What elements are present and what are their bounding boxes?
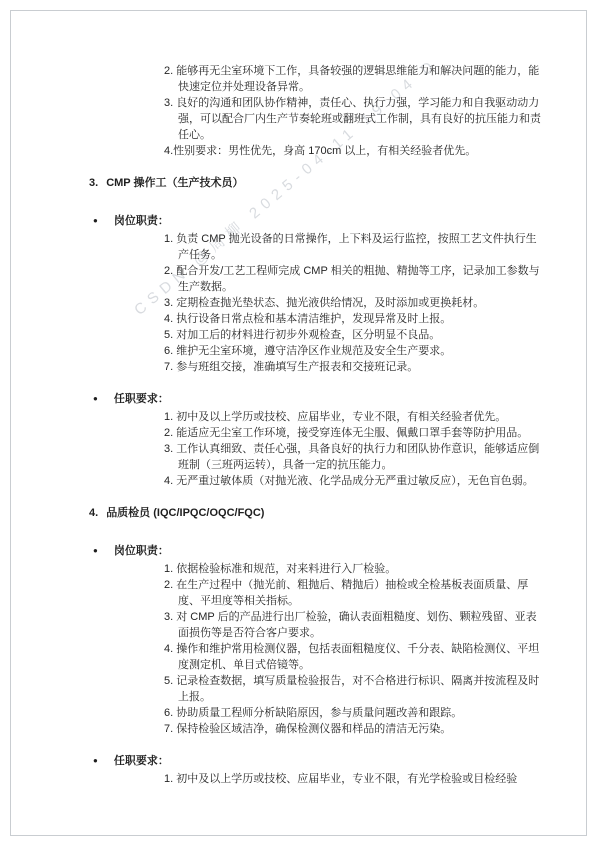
list-item: 2. 能够再无尘室环境下工作，具备较强的逻辑思维能力和解决问题的能力，能快速定位… <box>164 63 546 95</box>
bullet-label: 任职要求： <box>114 393 169 405</box>
section-heading-number: 4. <box>89 507 98 519</box>
bullet-label: 岗位职责： <box>114 545 169 557</box>
list-item: 1. 初中及以上学历或技校、应届毕业，专业不限，有光学检验或目检经验 <box>164 771 546 787</box>
bullet-label-row: ●岗位职责： <box>93 543 546 559</box>
numbered-list: 1. 初中及以上学历或技校、应届毕业，专业不限，有光学检验或目检经验 <box>164 771 546 787</box>
list-item: 6. 维护无尘室环境，遵守洁净区作业规范及安全生产要求。 <box>164 343 546 359</box>
list-item: 4. 无严重过敏体质（对抛光液、化学品成分无严重过敏反应），无色盲色弱。 <box>164 473 546 489</box>
numbered-list: 1. 负责 CMP 抛光设备的日常操作，上下料及运行监控，按照工艺文件执行生产任… <box>164 231 546 375</box>
list-item: 4. 执行设备日常点检和基本清洁维护，发现异常及时上报。 <box>164 311 546 327</box>
document-page: CSDN @周柳 2025-04-11 19:04 D 2. 能够再无尘室环境下… <box>10 10 587 836</box>
list-item: 2. 配合开发/工艺工程师完成 CMP 相关的粗抛、精抛等工序，记录加工参数与生… <box>164 263 546 295</box>
list-item: 1. 负责 CMP 抛光设备的日常操作，上下料及运行监控，按照工艺文件执行生产任… <box>164 231 546 263</box>
document-body: 2. 能够再无尘室环境下工作，具备较强的逻辑思维能力和解决问题的能力，能快速定位… <box>11 11 586 787</box>
list-item: 3. 良好的沟通和团队协作精神，责任心、执行力强，学习能力和自我驱动动力强，可以… <box>164 95 546 143</box>
bullet-label-row: ●任职要求： <box>93 753 546 769</box>
list-item: 1. 初中及以上学历或技校、应届毕业，专业不限，有相关经验者优先。 <box>164 409 546 425</box>
numbered-list: 2. 能够再无尘室环境下工作，具备较强的逻辑思维能力和解决问题的能力，能快速定位… <box>164 63 546 159</box>
list-item: 4.性别要求：男性优先，身高 170cm 以上，有相关经验者优先。 <box>164 143 546 159</box>
section-heading: 3.CMP 操作工（生产技术员） <box>89 175 546 191</box>
bullet-label-row: ●任职要求： <box>93 391 546 407</box>
list-item: 2. 能适应无尘室工作环境，接受穿连体无尘服、佩戴口罩手套等防护用品。 <box>164 425 546 441</box>
list-item: 2. 在生产过程中（抛光前、粗抛后、精抛后）抽检或全检基板表面质量、厚度、平坦度… <box>164 577 546 609</box>
list-item: 6. 协助质量工程师分析缺陷原因，参与质量问题改善和跟踪。 <box>164 705 546 721</box>
section-heading-text: 品质检员 (IQC/IPQC/OQC/FQC) <box>106 507 264 519</box>
bullet-icon: ● <box>93 753 98 769</box>
bullet-icon: ● <box>93 543 98 559</box>
bullet-label: 任职要求： <box>114 755 169 767</box>
list-item: 4. 操作和维护常用检测仪器，包括表面粗糙度仪、千分表、缺陷检测仪、平坦度测定机… <box>164 641 546 673</box>
list-item: 7. 参与班组交接，准确填写生产报表和交接班记录。 <box>164 359 546 375</box>
list-item: 3. 定期检查抛光垫状态、抛光液供给情况，及时添加或更换耗材。 <box>164 295 546 311</box>
bullet-icon: ● <box>93 213 98 229</box>
section-heading: 4.品质检员 (IQC/IPQC/OQC/FQC) <box>89 505 546 521</box>
list-item: 5. 记录检查数据，填写质量检验报告，对不合格进行标识、隔离并按流程及时上报。 <box>164 673 546 705</box>
section-heading-number: 3. <box>89 177 98 189</box>
numbered-list: 1. 依据检验标准和规范，对来料进行入厂检验。2. 在生产过程中（抛光前、粗抛后… <box>164 561 546 737</box>
list-item: 3. 对 CMP 后的产品进行出厂检验，确认表面粗糙度、划伤、颗粒残留、亚表面损… <box>164 609 546 641</box>
bullet-label: 岗位职责： <box>114 215 169 227</box>
bullet-icon: ● <box>93 391 98 407</box>
list-item: 1. 依据检验标准和规范，对来料进行入厂检验。 <box>164 561 546 577</box>
list-item: 7. 保持检验区域洁净，确保检测仪器和样品的清洁无污染。 <box>164 721 546 737</box>
bullet-label-row: ●岗位职责： <box>93 213 546 229</box>
list-item: 5. 对加工后的材料进行初步外观检查，区分明显不良品。 <box>164 327 546 343</box>
list-item: 3. 工作认真细致、责任心强，具备良好的执行力和团队协作意识，能够适应倒班制（三… <box>164 441 546 473</box>
section-heading-text: CMP 操作工（生产技术员） <box>106 177 243 189</box>
numbered-list: 1. 初中及以上学历或技校、应届毕业，专业不限，有相关经验者优先。2. 能适应无… <box>164 409 546 489</box>
